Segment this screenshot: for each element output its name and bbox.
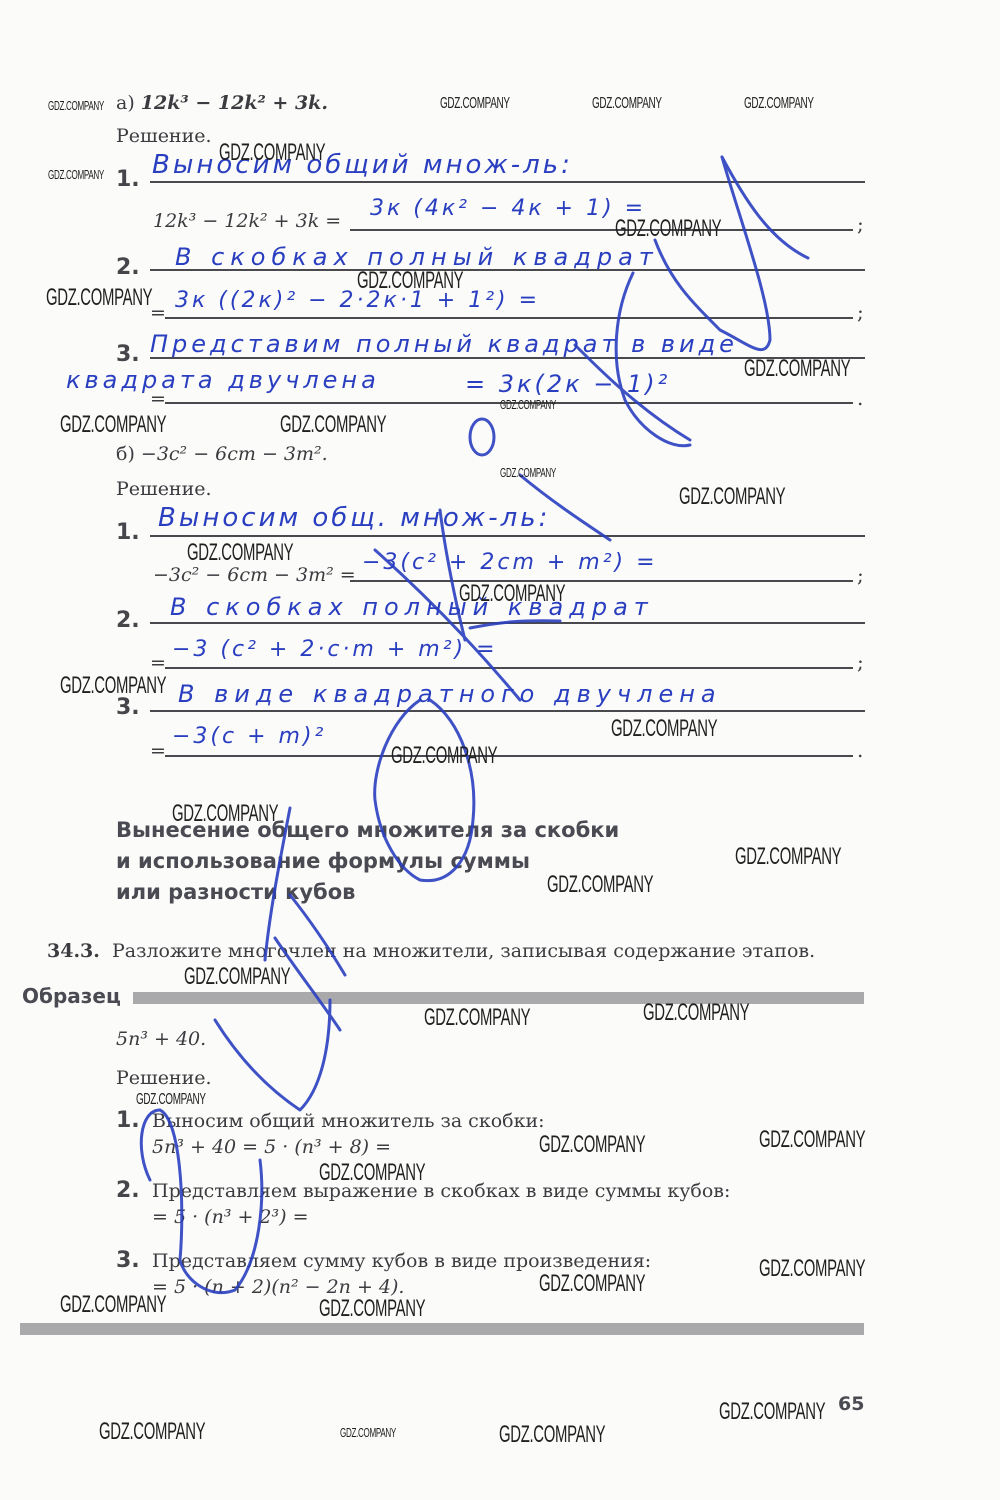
watermark: GDZ.COMPANY [60, 411, 166, 439]
watermark: GDZ.COMPANY [60, 672, 166, 700]
watermark: GDZ.COMPANY [459, 580, 565, 608]
watermark: GDZ.COMPANY [611, 715, 717, 743]
watermark: GDZ.COMPANY [99, 1418, 205, 1446]
watermark: GDZ.COMPANY [592, 95, 662, 113]
watermark: GDZ.COMPANY [735, 843, 841, 871]
watermark: GDZ.COMPANY [319, 1295, 425, 1323]
watermark: GDZ.COMPANY [499, 1421, 605, 1449]
watermark: GDZ.COMPANY [547, 871, 653, 899]
watermark: GDZ.COMPANY [500, 465, 556, 480]
watermark: GDZ.COMPANY [184, 963, 290, 991]
watermark: GDZ.COMPANY [744, 95, 814, 113]
watermark: GDZ.COMPANY [187, 539, 293, 567]
watermark: GDZ.COMPANY [440, 95, 510, 113]
watermark: GDZ.COMPANY [539, 1131, 645, 1159]
watermark: GDZ.COMPANY [615, 215, 721, 243]
watermark: GDZ.COMPANY [48, 167, 104, 182]
watermark: GDZ.COMPANY [424, 1004, 530, 1032]
watermark: GDZ.COMPANY [679, 483, 785, 511]
watermark: GDZ.COMPANY [391, 742, 497, 770]
watermark: GDZ.COMPANY [759, 1126, 865, 1154]
watermark: GDZ.COMPANY [48, 98, 104, 113]
watermark: GDZ.COMPANY [280, 411, 386, 439]
watermark: GDZ.COMPANY [136, 1091, 206, 1109]
watermark: GDZ.COMPANY [46, 284, 152, 312]
watermark: GDZ.COMPANY [172, 800, 278, 828]
watermark: GDZ.COMPANY [719, 1398, 825, 1426]
watermark: GDZ.COMPANY [340, 1425, 396, 1440]
watermark: GDZ.COMPANY [759, 1255, 865, 1283]
watermark: GDZ.COMPANY [60, 1291, 166, 1319]
watermark: GDZ.COMPANY [539, 1270, 645, 1298]
watermark: GDZ.COMPANY [219, 139, 325, 167]
watermark: GDZ.COMPANY [357, 267, 463, 295]
watermark: GDZ.COMPANY [643, 999, 749, 1027]
watermark: GDZ.COMPANY [319, 1159, 425, 1187]
watermark: GDZ.COMPANY [744, 355, 850, 383]
watermark: GDZ.COMPANY [500, 397, 556, 412]
